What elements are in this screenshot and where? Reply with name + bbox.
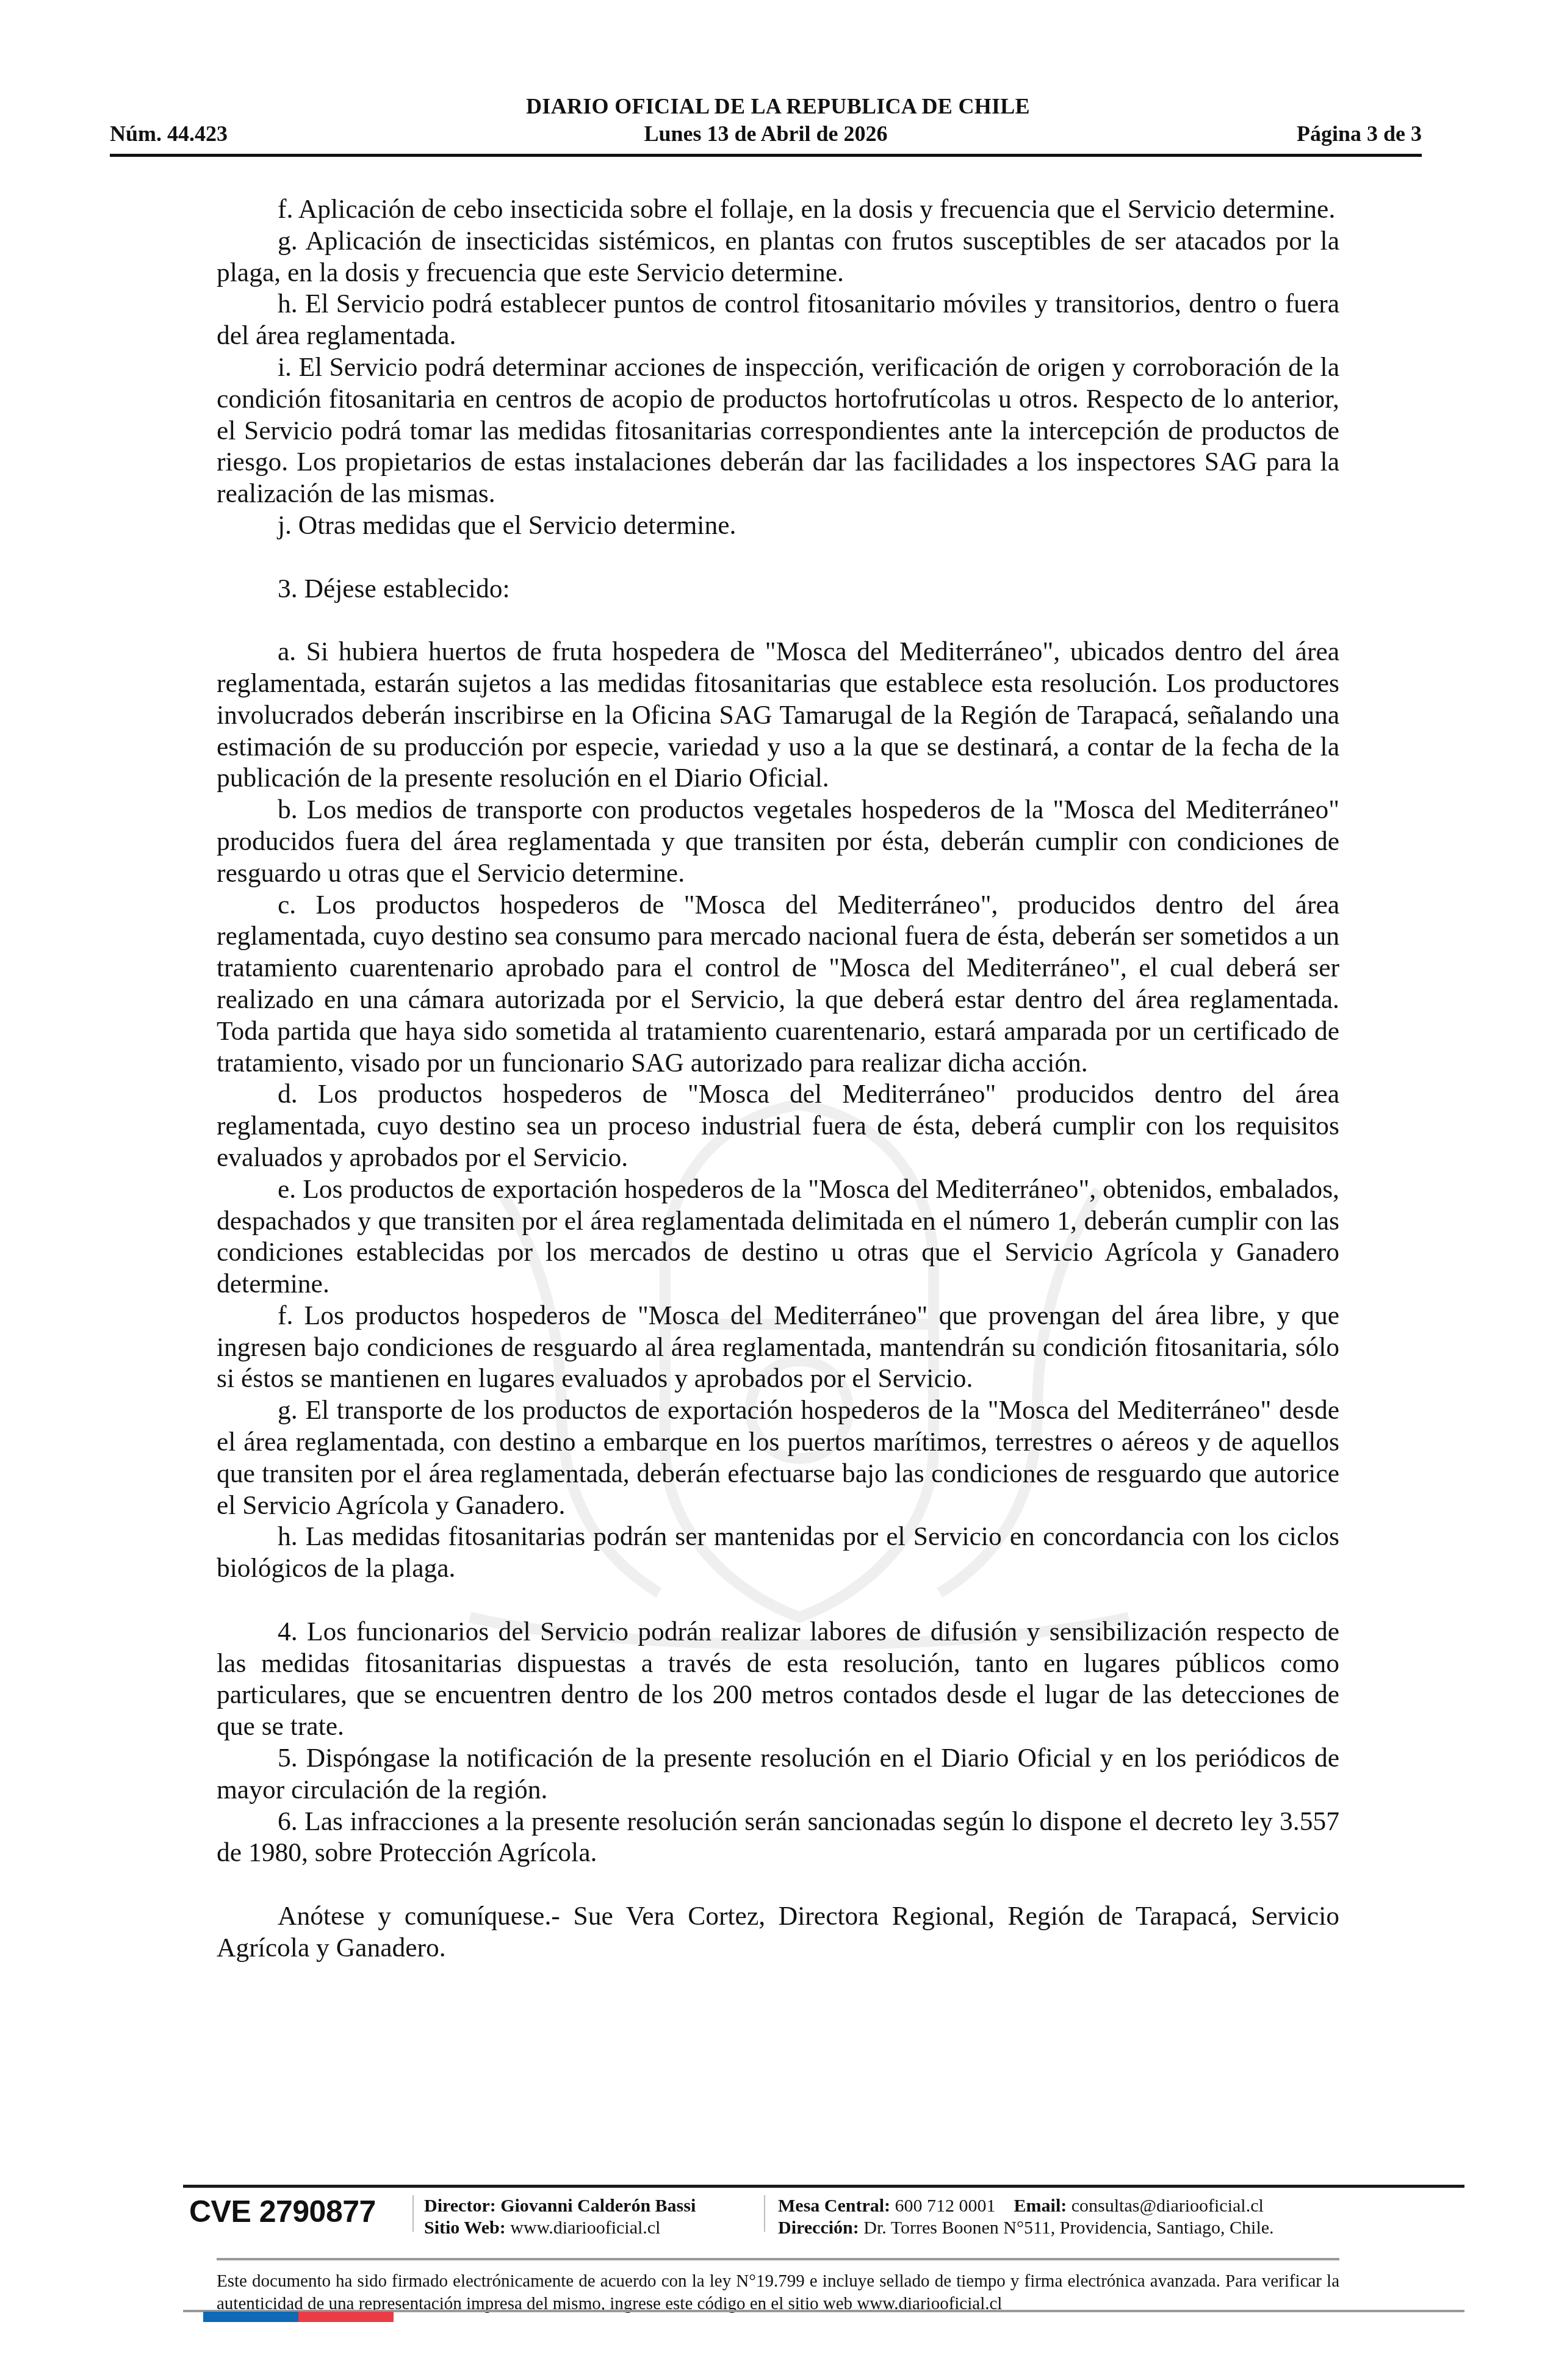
paragraph-3a: a. Si hubiera huertos de fruta hospedera… xyxy=(217,636,1339,795)
email-link[interactable]: consultas@diariooficial.cl xyxy=(1072,2196,1264,2216)
cve-code: CVE 2790877 xyxy=(189,2194,376,2229)
address-text: Dr. Torres Boonen N°511, Providencia, Sa… xyxy=(863,2218,1273,2238)
signature-disclaimer: Este documento ha sido firmado electróni… xyxy=(217,2270,1339,2315)
paragraph-item-j: j. Otras medidas que el Servicio determi… xyxy=(217,510,1339,542)
paragraph-item-i: i. El Servicio podrá determinar acciones… xyxy=(217,352,1339,510)
phone-number: 600 712 0001 xyxy=(895,2196,996,2216)
paragraph-3b: b. Los medios de transporte con producto… xyxy=(217,795,1339,889)
footer-divider xyxy=(412,2195,414,2232)
header-meta-row: Núm. 44.423 Lunes 13 de Abril de 2026 Pá… xyxy=(110,121,1422,148)
website-link[interactable]: www.diariooficial.cl xyxy=(510,2218,660,2238)
header-divider xyxy=(110,154,1422,157)
footer-contact-block: Mesa Central: 600 712 0001 Email: consul… xyxy=(778,2195,1274,2239)
paragraph-3f: f. Los productos hospederos de "Mosca de… xyxy=(217,1300,1339,1395)
paragraph-4: 4. Los funcionarios del Servicio podrán … xyxy=(217,1617,1339,1743)
footer-director-block: Director: Giovanni Calderón Bassi Sitio … xyxy=(424,2195,696,2239)
issue-date: Lunes 13 de Abril de 2026 xyxy=(110,121,1422,146)
address-label: Dirección: xyxy=(778,2218,859,2238)
newspaper-title: DIARIO OFICIAL DE LA REPUBLICA DE CHILE xyxy=(0,93,1556,119)
footer-top-divider xyxy=(183,2185,1464,2188)
email-label: Email: xyxy=(1014,2196,1067,2216)
footer-mid-divider xyxy=(217,2258,1339,2260)
signature-paragraph: Anótese y comuníquese.- Sue Vera Cortez,… xyxy=(217,1901,1339,1964)
paragraph-3e: e. Los productos de exportación hospeder… xyxy=(217,1174,1339,1300)
flag-stripe-red xyxy=(298,2312,394,2322)
paragraph-item-f: f. Aplicación de cebo insecticida sobre … xyxy=(217,194,1339,226)
paragraph-3d: d. Los productos hospederos de "Mosca de… xyxy=(217,1079,1339,1174)
phone-label: Mesa Central: xyxy=(778,2196,890,2216)
flag-stripe-blue xyxy=(203,2312,298,2322)
paragraph-3g: g. El transporte de los productos de exp… xyxy=(217,1395,1339,1521)
paragraph-6: 6. Las infracciones a la presente resolu… xyxy=(217,1806,1339,1870)
document-body: f. Aplicación de cebo insecticida sobre … xyxy=(217,194,1339,1964)
section-heading-3: 3. Déjese establecido: xyxy=(217,574,1339,605)
paragraph-item-h: h. El Servicio podrá establecer puntos d… xyxy=(217,289,1339,352)
paragraph-3h: h. Las medidas fitosanitarias podrán ser… xyxy=(217,1521,1339,1585)
director-label: Director: xyxy=(424,2196,496,2216)
website-label: Sitio Web: xyxy=(424,2218,506,2238)
footer-divider xyxy=(764,2195,765,2232)
director-name: Giovanni Calderón Bassi xyxy=(500,2196,696,2216)
paragraph-5: 5. Dispóngase la notificación de la pres… xyxy=(217,1743,1339,1806)
paragraph-item-g: g. Aplicación de insecticidas sistémicos… xyxy=(217,226,1339,289)
paragraph-3c: c. Los productos hospederos de "Mosca de… xyxy=(217,890,1339,1080)
page-indicator: Página 3 de 3 xyxy=(1297,121,1422,146)
